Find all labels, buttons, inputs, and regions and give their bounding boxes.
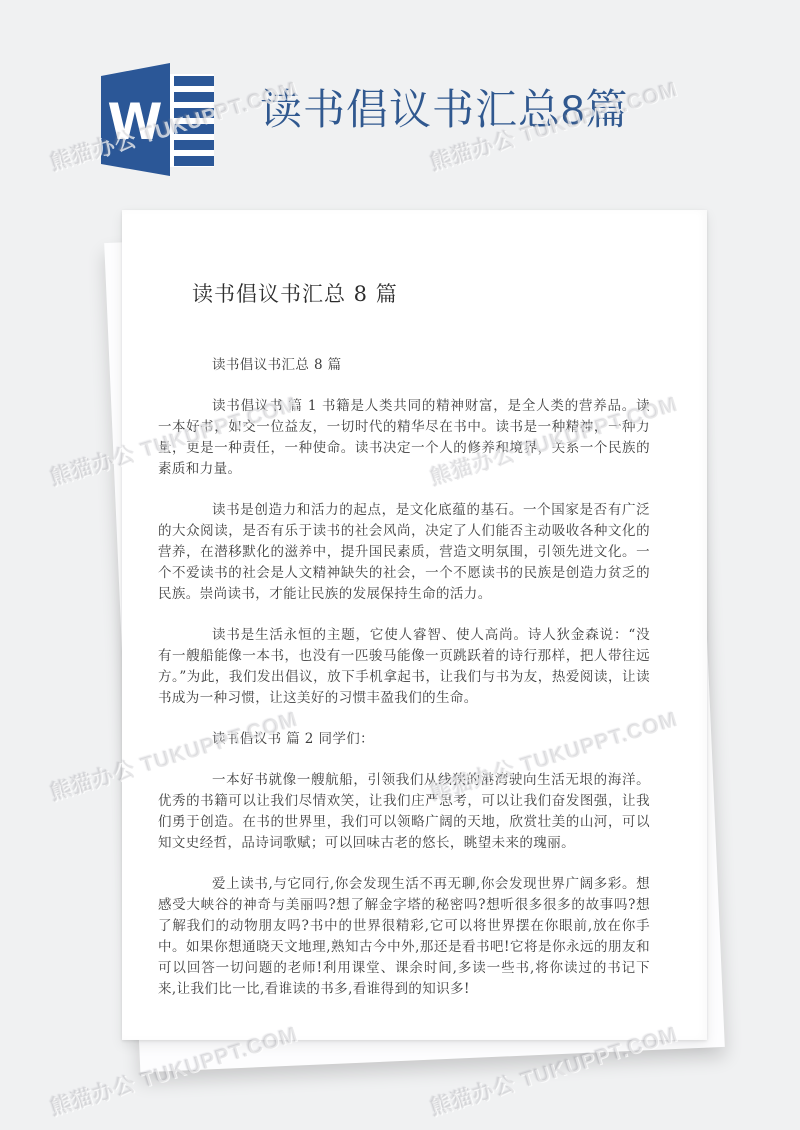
document-paragraph: 读书倡议书 篇 2 同学们： — [158, 729, 650, 750]
document-body: 读书倡议书汇总 8 篇读书倡议书 篇 1 书籍是人类共同的精神财富，是全人类的营… — [158, 355, 650, 1000]
document-paragraph: 读书是生活永恒的主题，它使人睿智、使人高尚。诗人狄金森说：“没有一艘船能像一本书… — [158, 625, 650, 709]
word-icon-page — [170, 74, 214, 167]
page-title: 读书倡议书汇总8篇 — [260, 84, 628, 136]
word-icon-letter: W — [107, 93, 162, 151]
document-paragraph: 爱上读书,与它同行,你会发现生活不再无聊,你会发现世界广阔多彩。想感受大峡谷的神… — [158, 874, 650, 1000]
document-paragraph: 读书是创造力和活力的起点，是文化底蕴的基石。一个国家是否有广泛的大众阅读，是否有… — [158, 500, 650, 605]
document-title: 读书倡议书汇总 8 篇 — [192, 280, 650, 309]
word-file-icon: W — [94, 62, 218, 178]
document-paragraph: 读书倡议书 篇 1 书籍是人类共同的精神财富，是全人类的营养品。读一本好书，如交… — [158, 396, 650, 480]
document-paragraph: 读书倡议书汇总 8 篇 — [158, 355, 650, 376]
document-paragraph: 一本好书就像一艘航船，引领我们从线狭的港湾驶向生活无垠的海洋。优秀的书籍可以让我… — [158, 770, 650, 854]
document-page: 读书倡议书汇总 8 篇 读书倡议书汇总 8 篇读书倡议书 篇 1 书籍是人类共同… — [122, 210, 707, 1040]
header: W 读书倡议书汇总8篇 — [0, 0, 800, 185]
